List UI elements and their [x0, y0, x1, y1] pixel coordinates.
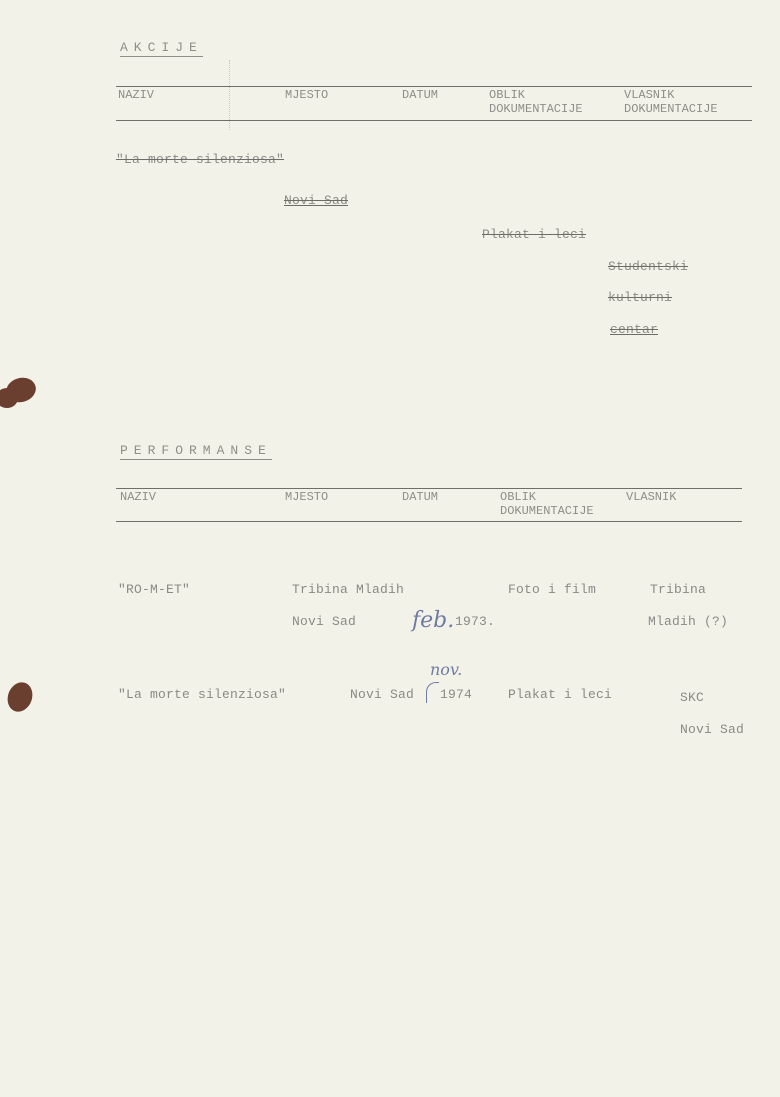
performanse-row2-mjesto: Novi Sad — [350, 687, 414, 702]
performanse-row2-naziv: "La morte silenziosa" — [118, 687, 286, 702]
header-datum: DATUM — [402, 88, 438, 102]
table-rule-top — [116, 86, 752, 87]
performanse-row1-vlasnik-1: Tribina — [650, 582, 706, 597]
insertion-caret — [426, 682, 439, 703]
performanse-row1-mjesto-1: Tribina Mladih — [292, 582, 404, 597]
section-title-performanse: PERFORMANSE — [120, 443, 272, 460]
akcije-row-oblik: Plakat i leci — [482, 227, 586, 242]
stain-mark — [4, 679, 37, 715]
akcije-row-mjesto: Novi Sad — [284, 193, 348, 208]
performanse-row1-vlasnik-2: Mladih (?) — [648, 614, 728, 629]
header-datum: DATUM — [402, 490, 438, 504]
akcije-row-vlasnik-2: kulturni — [608, 290, 672, 305]
header-vlasnik: VLASNIK — [626, 490, 676, 504]
header-mjesto: MJESTO — [285, 88, 328, 102]
table-rule-bottom — [116, 120, 752, 121]
stain-mark — [0, 388, 18, 408]
table-rule-bottom — [116, 521, 742, 522]
header-oblik-line1: OBLIK — [489, 88, 583, 102]
akcije-row-vlasnik-3: centar — [610, 322, 658, 337]
table-rule-top — [116, 488, 742, 489]
header-naziv: NAZIV — [118, 88, 154, 102]
performanse-row1-datum-handwritten: feb. — [412, 608, 454, 633]
header-vlasnik-line2: DOKUMENTACIJE — [624, 102, 718, 116]
performanse-row1-oblik: Foto i film — [508, 582, 596, 597]
performanse-row1-datum: 1973. — [455, 614, 495, 629]
performanse-row2-vlasnik-2: Novi Sad — [680, 722, 744, 737]
performanse-row2-datum-handwritten: nov. — [430, 660, 462, 679]
header-oblik: OBLIK DOKUMENTACIJE — [500, 490, 594, 518]
header-oblik-line2: DOKUMENTACIJE — [500, 504, 594, 518]
performanse-row2-datum: 1974 — [440, 687, 472, 702]
header-mjesto: MJESTO — [285, 490, 328, 504]
header-oblik: OBLIK DOKUMENTACIJE — [489, 88, 583, 116]
header-oblik-line1: OBLIK — [500, 490, 594, 504]
header-oblik-line2: DOKUMENTACIJE — [489, 102, 583, 116]
performanse-row1-mjesto-2: Novi Sad — [292, 614, 356, 629]
performanse-row1-naziv: "RO-M-ET" — [118, 582, 190, 597]
akcije-row-naziv: "La morte silenziosa" — [116, 152, 284, 167]
header-naziv: NAZIV — [120, 490, 156, 504]
section-title-akcije: AKCIJE — [120, 40, 203, 57]
header-vlasnik: VLASNIK DOKUMENTACIJE — [624, 88, 718, 116]
performanse-row2-vlasnik-1: SKC — [680, 690, 704, 705]
performanse-row2-oblik: Plakat i leci — [508, 687, 612, 702]
akcije-row-vlasnik-1: Studentski — [608, 259, 688, 274]
header-vlasnik-line1: VLASNIK — [624, 88, 718, 102]
